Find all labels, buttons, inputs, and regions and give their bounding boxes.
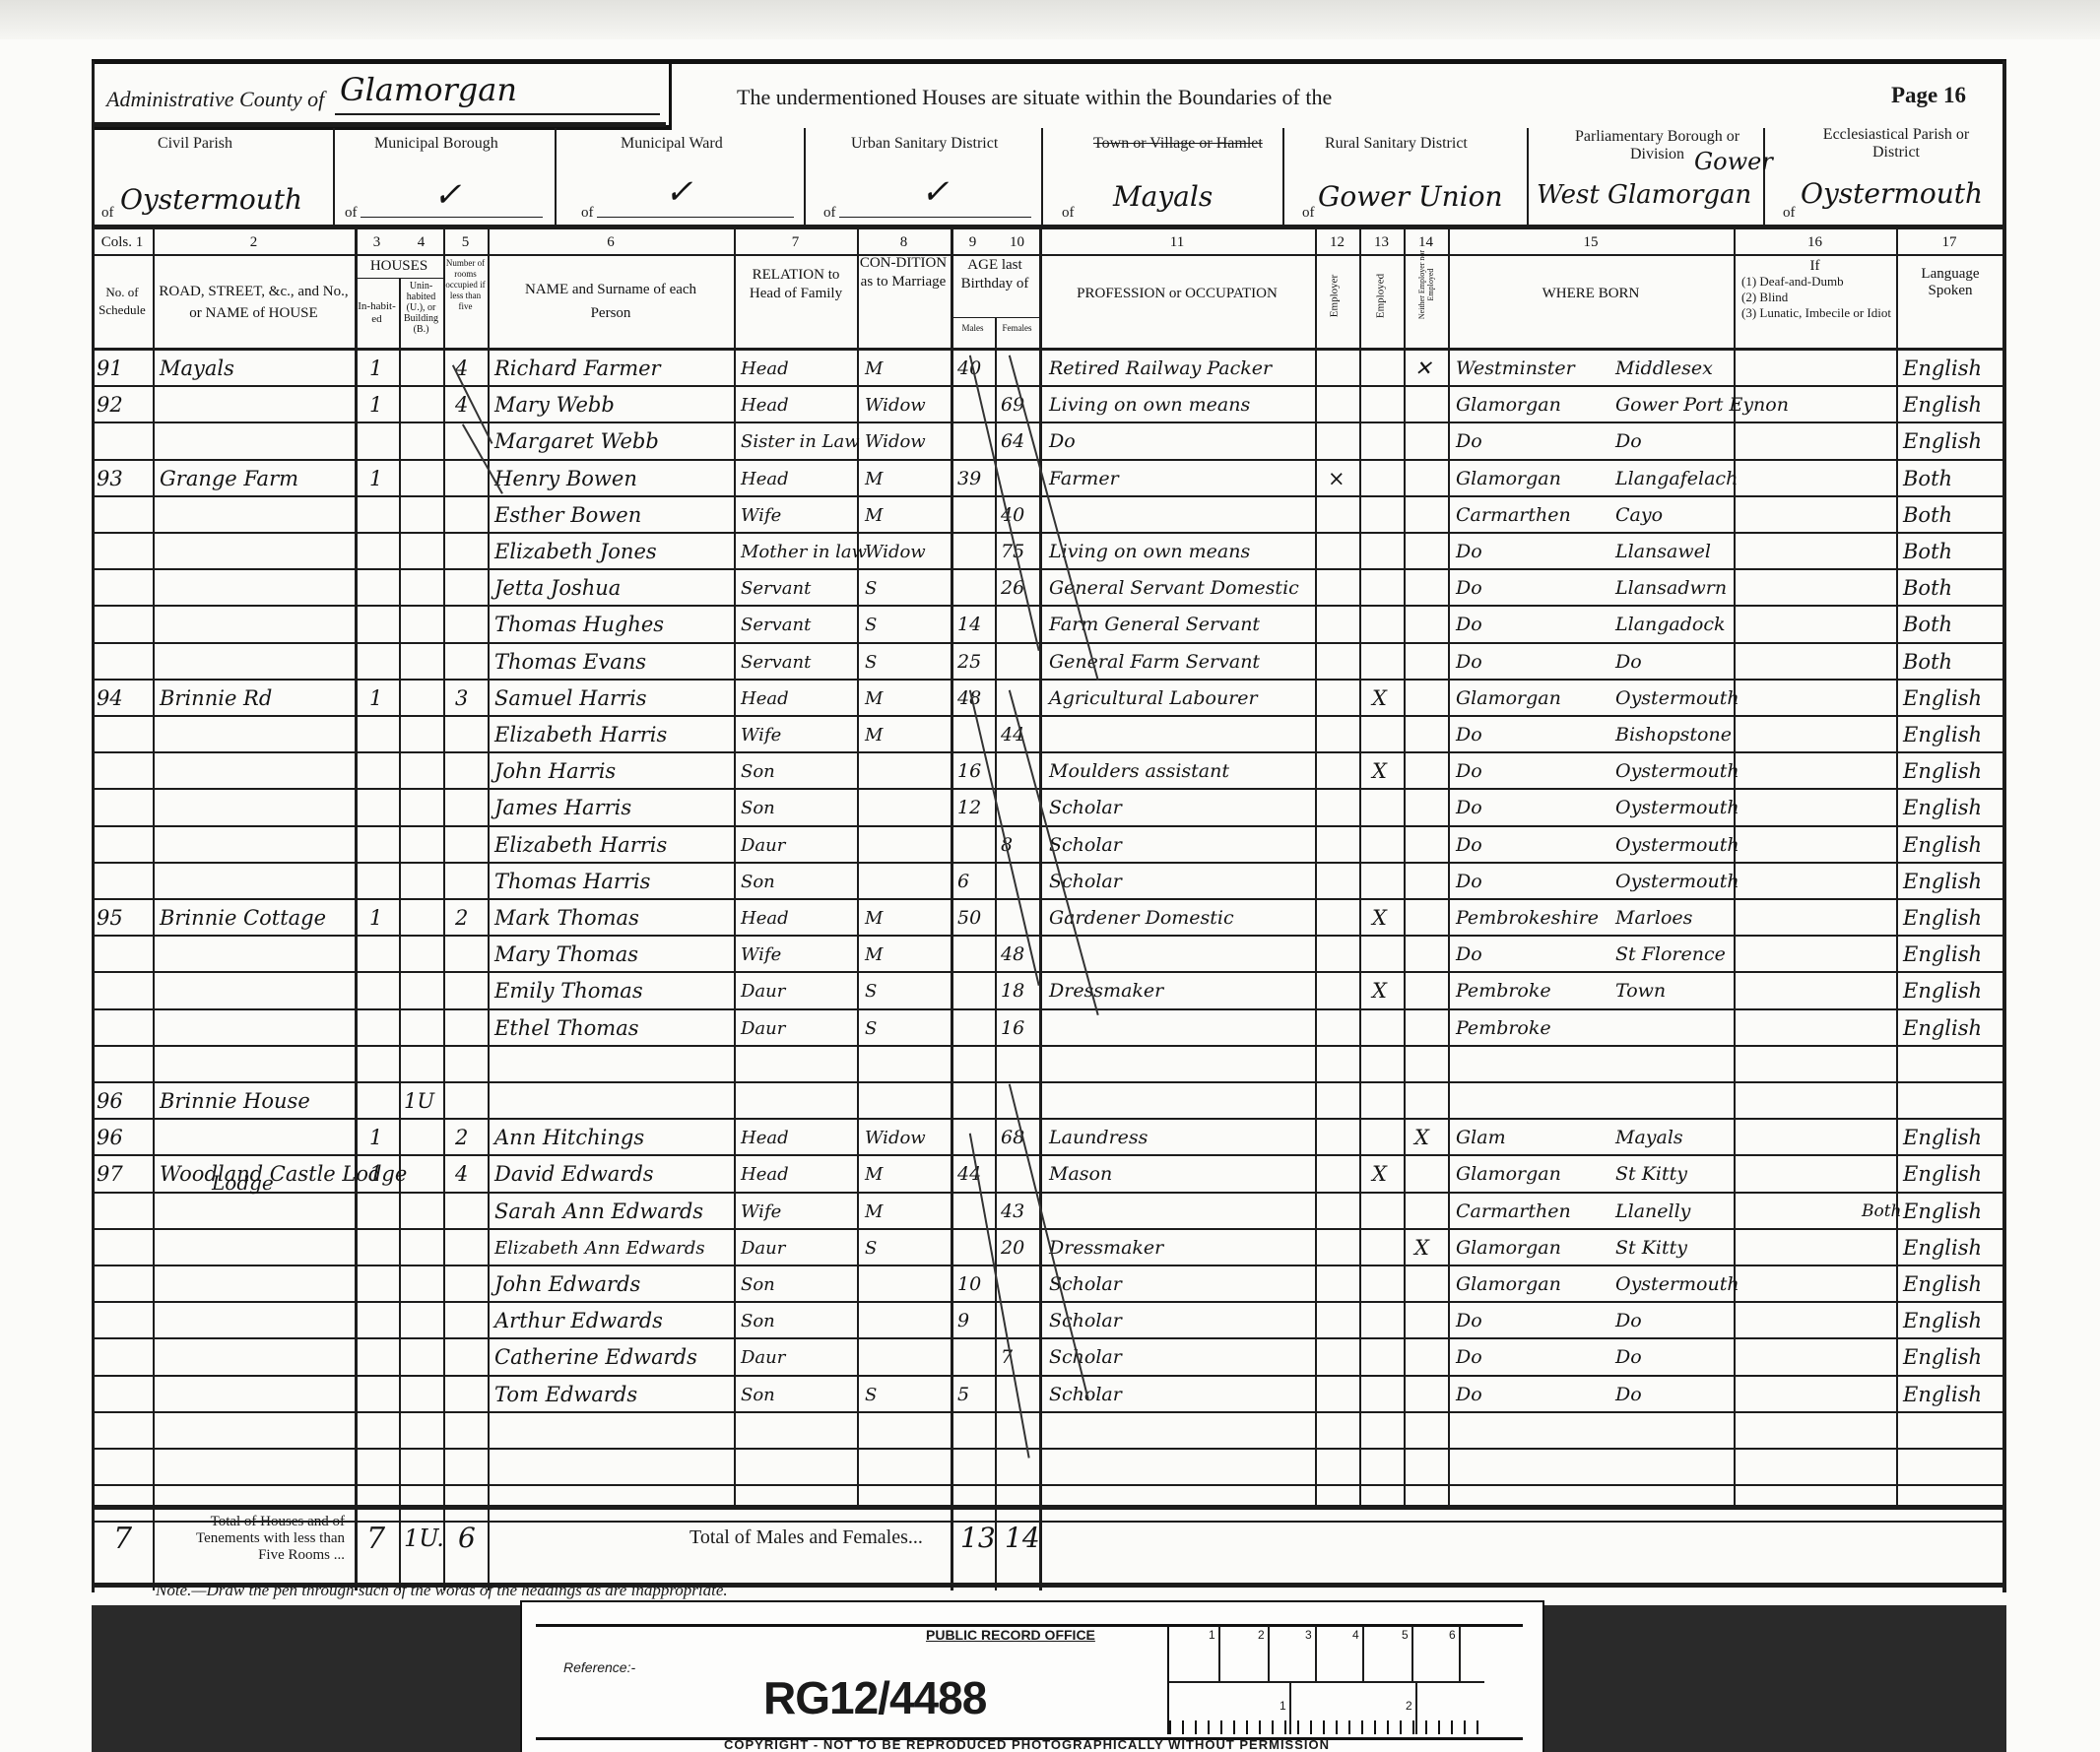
schedule-number bbox=[97, 644, 151, 681]
relation: Daur bbox=[741, 1010, 857, 1047]
col-divider bbox=[488, 227, 490, 1590]
road-name: Brinnie Rd bbox=[160, 681, 352, 717]
condition: S bbox=[865, 1010, 952, 1047]
inhabited bbox=[369, 497, 397, 534]
uninhabited bbox=[404, 1010, 441, 1047]
road-name bbox=[160, 607, 352, 643]
relation: Son bbox=[741, 1303, 857, 1339]
language: English bbox=[1903, 973, 2002, 1009]
infirmity bbox=[1741, 1156, 1889, 1193]
employed-mark bbox=[1372, 1120, 1402, 1156]
occupation: Dressmaker bbox=[1049, 1230, 1313, 1266]
employed-mark bbox=[1372, 644, 1402, 681]
age-female bbox=[1001, 644, 1036, 681]
schedule-number bbox=[97, 973, 151, 1009]
person-name: Elizabeth Harris bbox=[494, 717, 736, 753]
road-name bbox=[160, 827, 352, 864]
age-male: 50 bbox=[957, 900, 993, 937]
road-name bbox=[160, 1120, 352, 1156]
age-male bbox=[957, 827, 993, 864]
occupation: Scholar bbox=[1049, 827, 1313, 864]
age-male: 14 bbox=[957, 607, 993, 643]
infirmity bbox=[1741, 973, 1889, 1009]
neither-mark bbox=[1414, 644, 1444, 681]
employer-mark bbox=[1328, 1266, 1357, 1303]
schedule-number: 93 bbox=[97, 461, 151, 497]
relation: Daur bbox=[741, 1230, 857, 1266]
person-name bbox=[494, 1047, 736, 1083]
infirmity bbox=[1741, 900, 1889, 937]
rooms bbox=[455, 607, 485, 643]
scale-top-6: 6 bbox=[1449, 1628, 1456, 1642]
col-header-rooms: Number of rooms occupied if less than fi… bbox=[445, 258, 486, 312]
row-rule bbox=[95, 1448, 2002, 1450]
inhabited bbox=[369, 1266, 397, 1303]
language: English bbox=[1903, 753, 2002, 790]
neither-mark bbox=[1414, 570, 1444, 607]
occupation: Living on own means bbox=[1049, 534, 1313, 570]
district-label-rural-sanitary: Rural Sanitary District bbox=[1325, 135, 1468, 153]
language: English bbox=[1903, 1377, 2002, 1413]
rooms bbox=[455, 1047, 485, 1083]
district-label-civil-parish: Civil Parish bbox=[158, 135, 232, 153]
infirmity bbox=[1741, 497, 1889, 534]
col-divider bbox=[1448, 227, 1450, 1507]
occupation bbox=[1049, 1047, 1313, 1083]
employer-mark bbox=[1328, 1230, 1357, 1266]
road-name bbox=[160, 570, 352, 607]
employed-mark bbox=[1372, 790, 1402, 826]
uninhabited bbox=[404, 753, 441, 790]
employer-mark bbox=[1328, 1083, 1357, 1120]
language: English bbox=[1903, 1156, 2002, 1193]
age-female: 43 bbox=[1001, 1194, 1036, 1230]
relation: Head bbox=[741, 900, 857, 937]
road-name bbox=[160, 1230, 352, 1266]
age-female: 7 bbox=[1001, 1339, 1036, 1376]
road-name bbox=[160, 1266, 352, 1303]
col-number-13: 13 bbox=[1359, 234, 1404, 251]
road-name bbox=[160, 1339, 352, 1376]
employer-mark bbox=[1328, 717, 1357, 753]
age-male bbox=[957, 534, 993, 570]
neither-mark bbox=[1414, 790, 1444, 826]
divider bbox=[1041, 128, 1043, 225]
infirmity bbox=[1741, 461, 1889, 497]
road-name bbox=[160, 387, 352, 423]
occupation: Scholar bbox=[1049, 1303, 1313, 1339]
employed-mark bbox=[1372, 607, 1402, 643]
district-value-municipal-ward: ✓ bbox=[665, 172, 693, 212]
language bbox=[1903, 1047, 2002, 1083]
condition: S bbox=[865, 570, 952, 607]
infirmity bbox=[1741, 423, 1889, 460]
rule bbox=[361, 217, 543, 218]
age-female: 18 bbox=[1001, 973, 1036, 1009]
col-header-relation: RELATION to Head of Family bbox=[737, 266, 855, 303]
uninhabited bbox=[404, 937, 441, 973]
reference-code: RG12/4488 bbox=[763, 1671, 986, 1724]
age-male bbox=[957, 1339, 993, 1376]
age-female: 64 bbox=[1001, 423, 1036, 460]
road-name bbox=[160, 717, 352, 753]
col-header-infirmity-2: (2) Blind bbox=[1741, 290, 1788, 305]
person-name: Ann Hitchings bbox=[494, 1120, 736, 1156]
col-number-7: 7 bbox=[734, 234, 857, 251]
language: English bbox=[1903, 827, 2002, 864]
age-female bbox=[1001, 1266, 1036, 1303]
age-female: 16 bbox=[1001, 1010, 1036, 1047]
condition: S bbox=[865, 644, 952, 681]
neither-mark: X bbox=[1414, 1230, 1444, 1266]
condition: S bbox=[865, 1377, 952, 1413]
col-number-6: 6 bbox=[488, 234, 734, 251]
inhabited: 1 bbox=[369, 900, 397, 937]
employer-mark bbox=[1328, 827, 1357, 864]
infirmity bbox=[1741, 644, 1889, 681]
col-divider bbox=[1039, 227, 1042, 1590]
district-value-municipal-borough: ✓ bbox=[433, 175, 462, 215]
employed-mark: X bbox=[1372, 1156, 1402, 1193]
born-county bbox=[1456, 1083, 1604, 1120]
condition bbox=[865, 1047, 952, 1083]
employer-mark bbox=[1328, 864, 1357, 900]
relation: Servant bbox=[741, 570, 857, 607]
age-female: 26 bbox=[1001, 570, 1036, 607]
born-county: Do bbox=[1456, 790, 1604, 826]
col-number-10: 10 bbox=[995, 234, 1039, 251]
language: English bbox=[1903, 681, 2002, 717]
born-county: Do bbox=[1456, 607, 1604, 643]
condition bbox=[865, 1303, 952, 1339]
condition bbox=[865, 790, 952, 826]
relation bbox=[741, 1047, 857, 1083]
occupation: Scholar bbox=[1049, 790, 1313, 826]
district-value-rural-sanitary: Gower Union bbox=[1318, 180, 1503, 213]
occupation: Scholar bbox=[1049, 1266, 1313, 1303]
person-name: Mark Thomas bbox=[494, 900, 736, 937]
language: Both bbox=[1903, 461, 2002, 497]
age-female bbox=[1001, 900, 1036, 937]
neither-mark bbox=[1414, 387, 1444, 423]
col-number-9: 9 bbox=[951, 234, 995, 251]
infirmity bbox=[1741, 1120, 1889, 1156]
person-name: Elizabeth Jones bbox=[494, 534, 736, 570]
col-number-17: 17 bbox=[1896, 234, 2002, 251]
schedule-number: 96 bbox=[97, 1083, 151, 1120]
relation: Daur bbox=[741, 973, 857, 1009]
district-prefix: of bbox=[581, 205, 594, 222]
uninhabited bbox=[404, 973, 441, 1009]
neither-mark bbox=[1414, 497, 1444, 534]
neither-mark bbox=[1414, 1047, 1444, 1083]
uninhabited bbox=[404, 1156, 441, 1193]
infirmity bbox=[1741, 534, 1889, 570]
person-name: Mary Thomas bbox=[494, 937, 736, 973]
language: English bbox=[1903, 900, 2002, 937]
uninhabited: 1U bbox=[404, 1083, 441, 1120]
person-name: Sarah Ann Edwards bbox=[494, 1194, 736, 1230]
divider bbox=[555, 128, 557, 225]
age-male bbox=[957, 1047, 993, 1083]
employer-mark bbox=[1328, 351, 1357, 387]
employed-mark bbox=[1372, 534, 1402, 570]
schedule-number bbox=[97, 1010, 151, 1047]
neither-mark bbox=[1414, 1377, 1444, 1413]
condition: M bbox=[865, 497, 952, 534]
col-header-infirmity-3: (3) Lunatic, Imbecile or Idiot bbox=[1741, 305, 1894, 320]
person-name: John Edwards bbox=[494, 1266, 736, 1303]
employed-mark bbox=[1372, 937, 1402, 973]
road-name bbox=[160, 497, 352, 534]
person-name: Thomas Harris bbox=[494, 864, 736, 900]
schedule-number bbox=[97, 1377, 151, 1413]
scale-bottom-2: 2 bbox=[1406, 1699, 1412, 1713]
col-divider bbox=[1896, 227, 1898, 1507]
uninhabited bbox=[404, 1120, 441, 1156]
col-header-uninhabited: Unin-habited (U.), or Building (B.) bbox=[401, 281, 441, 335]
born-county: Do bbox=[1456, 1339, 1604, 1376]
age-female bbox=[1001, 681, 1036, 717]
infirmity bbox=[1741, 1303, 1889, 1339]
condition: M bbox=[865, 461, 952, 497]
infirmity bbox=[1741, 570, 1889, 607]
inhabited bbox=[369, 827, 397, 864]
col-header-females: Females bbox=[995, 320, 1039, 337]
district-label-municipal-borough: Municipal Borough bbox=[374, 135, 498, 153]
employed-mark bbox=[1372, 1377, 1402, 1413]
language: English bbox=[1903, 1339, 2002, 1376]
schedule-number bbox=[97, 534, 151, 570]
relation: Head bbox=[741, 1156, 857, 1193]
employer-mark bbox=[1328, 937, 1357, 973]
col-header-profession: PROFESSION or OCCUPATION bbox=[1044, 286, 1310, 302]
person-name: Arthur Edwards bbox=[494, 1303, 736, 1339]
inhabited: 1 bbox=[369, 461, 397, 497]
rooms bbox=[455, 1303, 485, 1339]
condition bbox=[865, 827, 952, 864]
employer-mark: × bbox=[1328, 461, 1357, 497]
neither-mark bbox=[1414, 534, 1444, 570]
age-male bbox=[957, 973, 993, 1009]
born-county: Carmarthen bbox=[1456, 497, 1604, 534]
employed-mark bbox=[1372, 1339, 1402, 1376]
employed-mark bbox=[1372, 570, 1402, 607]
road-name bbox=[160, 973, 352, 1009]
divider bbox=[1763, 128, 1765, 225]
age-male: 6 bbox=[957, 864, 993, 900]
col-divider bbox=[995, 317, 997, 1590]
district-bottom-rule bbox=[92, 225, 2006, 229]
uninhabited bbox=[404, 497, 441, 534]
relation: Son bbox=[741, 1377, 857, 1413]
born-county: Glamorgan bbox=[1456, 461, 1604, 497]
scale-top-3: 3 bbox=[1305, 1628, 1312, 1642]
rooms bbox=[455, 753, 485, 790]
inhabited bbox=[369, 1377, 397, 1413]
age-male: 39 bbox=[957, 461, 993, 497]
totals-top-rule bbox=[92, 1505, 2006, 1510]
uninhabited bbox=[404, 461, 441, 497]
schedule-number: 92 bbox=[97, 387, 151, 423]
age-female: 20 bbox=[1001, 1230, 1036, 1266]
neither-mark bbox=[1414, 681, 1444, 717]
condition bbox=[865, 1083, 952, 1120]
uninhabited bbox=[404, 387, 441, 423]
age-male bbox=[957, 497, 993, 534]
language: Both bbox=[1903, 607, 2002, 643]
occupation: Farm General Servant bbox=[1049, 607, 1313, 643]
district-prefix: of bbox=[101, 205, 114, 222]
col-number-2: 2 bbox=[153, 234, 355, 251]
born-county: Do bbox=[1456, 937, 1604, 973]
reference-copyright: COPYRIGHT - NOT TO BE REPRODUCED PHOTOGR… bbox=[724, 1737, 1330, 1752]
language: English bbox=[1903, 937, 2002, 973]
relation: Son bbox=[741, 1266, 857, 1303]
age-male bbox=[957, 1083, 993, 1120]
uninhabited bbox=[404, 681, 441, 717]
district-prefix: of bbox=[345, 205, 358, 222]
neither-mark: X bbox=[1414, 1120, 1444, 1156]
relation: Wife bbox=[741, 497, 857, 534]
rooms bbox=[455, 827, 485, 864]
col-divider bbox=[1359, 227, 1361, 1507]
born-county: Carmarthen bbox=[1456, 1194, 1604, 1230]
occupation: Mason bbox=[1049, 1156, 1313, 1193]
rooms bbox=[455, 864, 485, 900]
relation: Head bbox=[741, 681, 857, 717]
uninhabited bbox=[404, 1266, 441, 1303]
schedule-number bbox=[97, 717, 151, 753]
rooms: 3 bbox=[455, 681, 485, 717]
neither-mark bbox=[1414, 827, 1444, 864]
language: Both bbox=[1903, 497, 2002, 534]
employer-mark bbox=[1328, 534, 1357, 570]
neither-mark bbox=[1414, 937, 1444, 973]
age-male bbox=[957, 717, 993, 753]
uninhabited bbox=[404, 717, 441, 753]
schedule-number bbox=[97, 1047, 151, 1083]
scan-top-edge bbox=[0, 0, 2100, 39]
admin-county-value: Glamorgan bbox=[340, 71, 517, 108]
inhabited bbox=[369, 937, 397, 973]
neither-mark bbox=[1414, 864, 1444, 900]
born-county: Do bbox=[1456, 753, 1604, 790]
uninhabited bbox=[404, 1377, 441, 1413]
relation: Servant bbox=[741, 607, 857, 643]
employer-mark bbox=[1328, 1120, 1357, 1156]
infirmity bbox=[1741, 937, 1889, 973]
admin-county-label: Administrative County of bbox=[106, 87, 324, 112]
employer-mark bbox=[1328, 570, 1357, 607]
rooms bbox=[455, 497, 485, 534]
person-name: Mary Webb bbox=[494, 387, 736, 423]
neither-mark bbox=[1414, 1303, 1444, 1339]
divider bbox=[1527, 128, 1529, 225]
age-male bbox=[957, 1120, 993, 1156]
condition: S bbox=[865, 973, 952, 1009]
district-prefix: of bbox=[1302, 205, 1315, 222]
infirmity bbox=[1741, 1339, 1889, 1376]
occupation: Scholar bbox=[1049, 1377, 1313, 1413]
total-inhabited: 7 bbox=[366, 1522, 385, 1556]
col-header-infirmity-if: If bbox=[1734, 258, 1896, 275]
condition: M bbox=[865, 1194, 952, 1230]
col-divider bbox=[355, 227, 358, 1590]
neither-mark bbox=[1414, 1339, 1444, 1376]
road-name: Mayals bbox=[160, 351, 352, 387]
schedule-number bbox=[97, 1339, 151, 1376]
schedule-number bbox=[97, 827, 151, 864]
born-county: Do bbox=[1456, 827, 1604, 864]
col-header-employed: Employed bbox=[1373, 252, 1390, 341]
total-males-females-label: Total of Males and Females... bbox=[689, 1526, 923, 1549]
inhabited bbox=[369, 753, 397, 790]
tick bbox=[1315, 1626, 1317, 1681]
col-number-16: 16 bbox=[1734, 234, 1896, 251]
rooms: 4 bbox=[455, 1156, 485, 1193]
infirmity bbox=[1741, 607, 1889, 643]
inhabited bbox=[369, 1010, 397, 1047]
scale-top-2: 2 bbox=[1258, 1628, 1265, 1642]
scale-ticks bbox=[1169, 1720, 1484, 1734]
reference-box: PUBLIC RECORD OFFICE Reference:- RG12/44… bbox=[520, 1600, 1544, 1752]
row-rule bbox=[95, 1484, 2002, 1486]
uninhabited bbox=[404, 1230, 441, 1266]
condition: M bbox=[865, 717, 952, 753]
employer-mark bbox=[1328, 1010, 1357, 1047]
employer-mark bbox=[1328, 900, 1357, 937]
employed-mark bbox=[1372, 497, 1402, 534]
neither-mark bbox=[1414, 717, 1444, 753]
born-county: Do bbox=[1456, 1303, 1604, 1339]
schedule-number bbox=[97, 1303, 151, 1339]
district-prefix: of bbox=[1783, 205, 1796, 222]
relation: Head bbox=[741, 1120, 857, 1156]
district-value-town-village: Mayals bbox=[1113, 180, 1213, 213]
infirmity bbox=[1741, 864, 1889, 900]
infirmity bbox=[1741, 1083, 1889, 1120]
employer-mark bbox=[1328, 423, 1357, 460]
divider bbox=[333, 128, 335, 225]
total-females: 14 bbox=[1005, 1522, 1040, 1554]
schedule-number bbox=[97, 1266, 151, 1303]
infirmity bbox=[1741, 1266, 1889, 1303]
language: English bbox=[1903, 387, 2002, 423]
age-male bbox=[957, 570, 993, 607]
age-male: 5 bbox=[957, 1377, 993, 1413]
schedule-number: 91 bbox=[97, 351, 151, 387]
neither-mark bbox=[1414, 973, 1444, 1009]
condition bbox=[865, 753, 952, 790]
inhabited bbox=[369, 1194, 397, 1230]
language: English bbox=[1903, 1266, 2002, 1303]
scan-bottom-background-right bbox=[1542, 1605, 2006, 1752]
language: English bbox=[1903, 790, 2002, 826]
inhabited: 1 bbox=[369, 1156, 397, 1193]
born-county: Glam bbox=[1456, 1120, 1604, 1156]
schedule-number: 96 bbox=[97, 1120, 151, 1156]
col-divider bbox=[153, 227, 155, 1590]
neither-mark bbox=[1414, 1156, 1444, 1193]
uninhabited bbox=[404, 351, 441, 387]
employer-mark bbox=[1328, 753, 1357, 790]
language: English bbox=[1903, 1230, 2002, 1266]
language: English bbox=[1903, 1194, 2002, 1230]
born-county: Westminster bbox=[1456, 351, 1604, 387]
person-name: Emily Thomas bbox=[494, 973, 736, 1009]
person-name: David Edwards bbox=[494, 1156, 736, 1193]
